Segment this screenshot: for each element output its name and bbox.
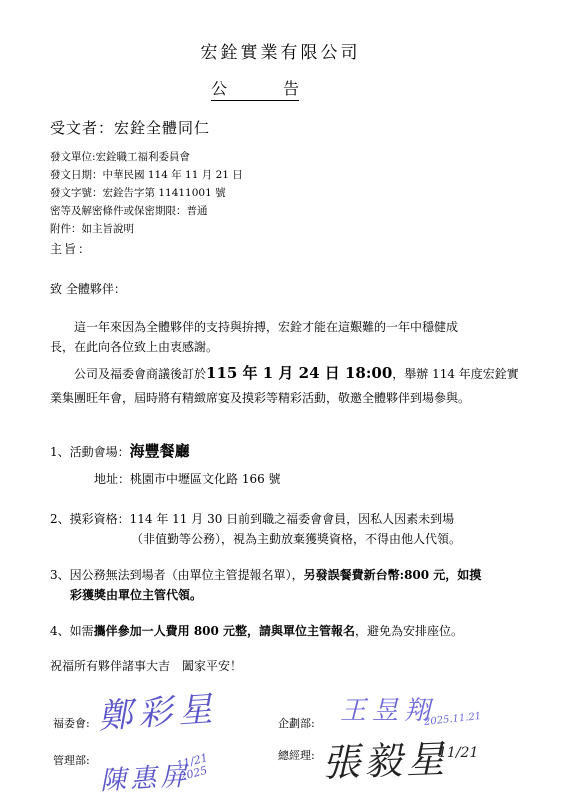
notice-title-right: 告 [283, 76, 299, 99]
notice-title: 公 告 [211, 76, 299, 101]
closing-wishes: 祝福所有夥伴諸事大吉 闔家平安！ [50, 657, 242, 674]
welfare-committee-label: 福委會: [53, 715, 90, 731]
general-manager-label: 總經理: [278, 747, 315, 763]
paragraph-2-line-2: 業集團旺年會，屆時將有精緻席宴及摸彩等精彩活動，敬邀全體夥伴到場參與。 [50, 389, 470, 406]
item-3-line-2: 彩獲獎由單位主管代領。 [70, 586, 202, 603]
item-4-suffix: ，避免為安排座位。 [355, 624, 463, 638]
item-2-line-2: （非值勤等公務），視為主動放棄獲獎資格，不得由他人代領。 [131, 530, 461, 547]
item-3-bold: 另發誤餐費新台幣:800 元，如摸 [304, 568, 482, 582]
notice-title-left: 公 [211, 76, 227, 99]
issuer: 發文單位:宏銓職工福利委員會 [50, 149, 190, 164]
recipient: 受文者：宏銓全體同仁 [50, 117, 210, 138]
issue-date: 發文日期：中華民國 114 年 11 月 21 日 [50, 167, 243, 182]
paragraph-1-line-2: 長，在此向各位致上由衷感謝。 [50, 338, 218, 355]
management-sign-date: 11/21 2025 [175, 753, 210, 784]
item-3-line-1: 3、因公務無法到場者（由單位主管提報名單），另發誤餐費新台幣:800 元，如摸 [50, 566, 481, 583]
item-2-line-1: 2、摸彩資格：114 年 11 月 30 日前到職之福委會會員，因私人因素未到場 [50, 510, 454, 527]
company-name: 宏銓實業有限公司 [0, 38, 561, 63]
doc-number: 發文字號：宏銓告字第 11411001 號 [50, 185, 226, 200]
paragraph-2-suffix: ，舉辦 114 年度宏銓實 [392, 367, 519, 381]
item-1-address: 地址：桃園市中壢區文化路 166 號 [94, 470, 281, 487]
paragraph-1-line-1: 這一年來因為全體夥伴的支持與拚搏，宏銓才能在這艱難的一年中穩健成 [74, 318, 458, 335]
item-1-label: 1、活動會場： [50, 445, 130, 459]
item-4-bold: 攜伴參加一人費用 800 元整，請與單位主管報名 [94, 624, 355, 638]
general-manager-sign-date: 11/21 [438, 745, 478, 761]
item-3-prefix: 3、因公務無法到場者（由單位主管提報名單）， [50, 568, 304, 582]
item-1-venue: 1、活動會場：海豐餐廳 [50, 440, 190, 461]
planning-dept-label: 企劃部: [278, 715, 315, 731]
attachment: 附件：如主旨說明 [50, 221, 134, 236]
event-datetime: 115 年 1 月 24 日 18:00 [206, 364, 392, 382]
planning-dept-signature: 王昱翔 [340, 690, 436, 727]
paragraph-2-line-1: 公司及福委會商議後訂於115 年 1 月 24 日 18:00，舉辦 114 年… [74, 362, 519, 383]
item-4: 4、如需攜伴參加一人費用 800 元整，請與單位主管報名，避免為安排座位。 [50, 622, 463, 639]
general-manager-signature: 張毅星 [321, 728, 449, 787]
salutation: 致 全體夥伴： [50, 280, 126, 297]
item-4-prefix: 4、如需 [50, 624, 94, 638]
subject: 主旨： [50, 240, 92, 257]
confidentiality: 密等及解密條件或保密期限：普通 [50, 203, 208, 218]
venue-name: 海豐餐廳 [130, 442, 190, 460]
paragraph-2-prefix: 公司及福委會商議後訂於 [74, 367, 206, 381]
management-label: 管理部: [53, 752, 90, 768]
welfare-committee-signature: 鄭彩星 [96, 681, 219, 738]
